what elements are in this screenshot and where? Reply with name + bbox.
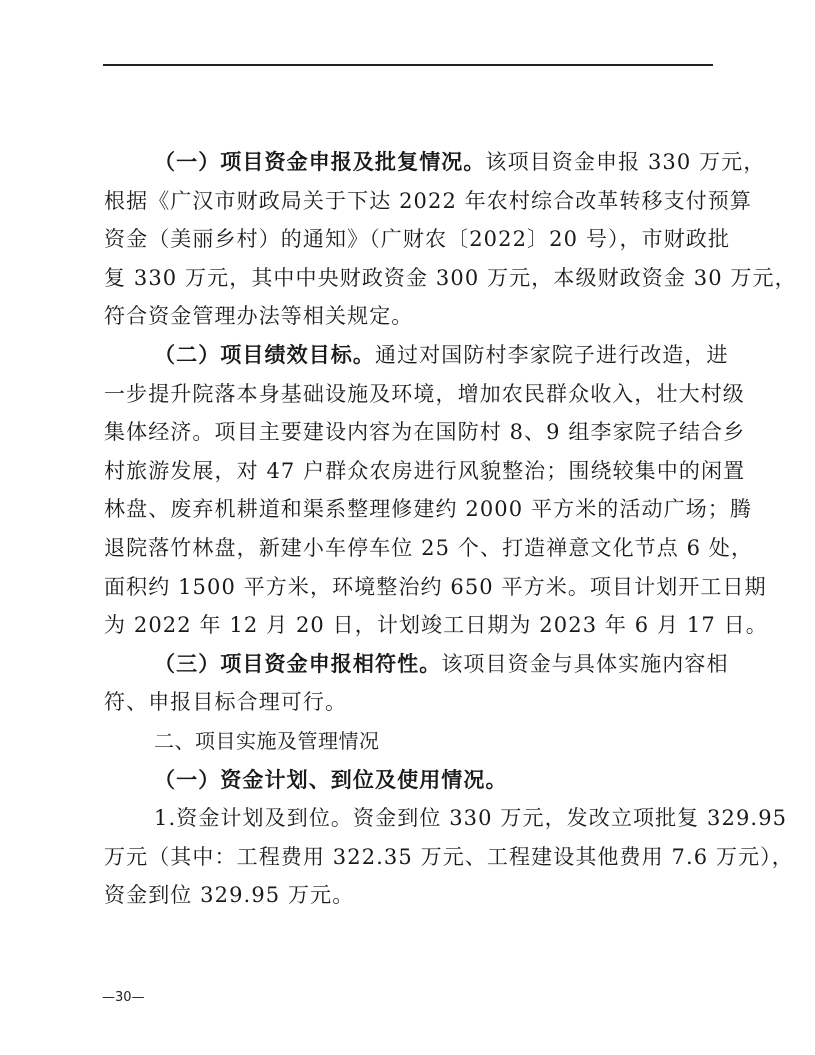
paragraph-funding-consistency-line-1: （三）项目资金申报相符性。该项目资金与具体实施内容相 — [104, 645, 714, 684]
paragraph-line: 退院落竹林盘，新建小车停车位 25 个、打造禅意文化节点 6 处， — [104, 529, 714, 568]
paragraph-line: 村旅游发展，对 47 户群众农房进行风貌整治；围绕较集中的闲置 — [104, 452, 714, 491]
paragraph-line: 为 2022 年 12 月 20 日，计划竣工日期为 2023 年 6 月 17… — [104, 606, 714, 645]
page-number: —30— — [102, 990, 145, 1005]
paragraph-line: 复 330 万元，其中中央财政资金 300 万元，本级财政资金 30 万元， — [104, 259, 714, 298]
paragraph-line: 林盘、废弃机耕道和渠系整理修建约 2000 平方米的活动广场；腾 — [104, 490, 714, 529]
paragraph-line: 万元（其中：工程费用 322.35 万元、工程建设其他费用 7.6 万元）， — [104, 838, 714, 877]
section-2-title: 二、项目实施及管理情况 — [104, 722, 714, 761]
paragraph-heading: （二）项目绩效目标。 — [154, 342, 375, 367]
paragraph-heading: （三）项目资金申报相符性。 — [154, 651, 441, 676]
document-body: （一）项目资金申报及批复情况。该项目资金申报 330 万元， 根据《广汉市财政局… — [104, 143, 714, 915]
paragraph-line: 资金（美丽乡村）的通知》（广财农〔2022〕20 号），市财政批 — [104, 220, 714, 259]
paragraph-line: 1.资金计划及到位。资金到位 330 万元，发改立项批复 329.95 — [104, 799, 714, 838]
paragraph-heading: （一）项目资金申报及批复情况。 — [154, 149, 486, 174]
paragraph-funding-application-line-1: （一）项目资金申报及批复情况。该项目资金申报 330 万元， — [104, 143, 714, 182]
header-rule — [103, 64, 713, 66]
paragraph-line: 集体经济。项目主要建设内容为在国防村 8、9 组李家院子结合乡 — [104, 413, 714, 452]
paragraph-line: 一步提升院落本身基础设施及环境，增加农民群众收入，壮大村级 — [104, 375, 714, 414]
paragraph-line: 根据《广汉市财政局关于下达 2022 年农村综合改革转移支付预算 — [104, 182, 714, 221]
paragraph-line: 符、申报目标合理可行。 — [104, 683, 714, 722]
paragraph-line: 符合资金管理办法等相关规定。 — [104, 297, 714, 336]
paragraph-performance-goals-line-1: （二）项目绩效目标。通过对国防村李家院子进行改造，进 — [104, 336, 714, 375]
section-2-subheading-1: （一）资金计划、到位及使用情况。 — [104, 761, 714, 800]
paragraph-line: 面积约 1500 平方米，环境整治约 650 平方米。项目计划开工日期 — [104, 568, 714, 607]
paragraph-line: 资金到位 329.95 万元。 — [104, 876, 714, 915]
